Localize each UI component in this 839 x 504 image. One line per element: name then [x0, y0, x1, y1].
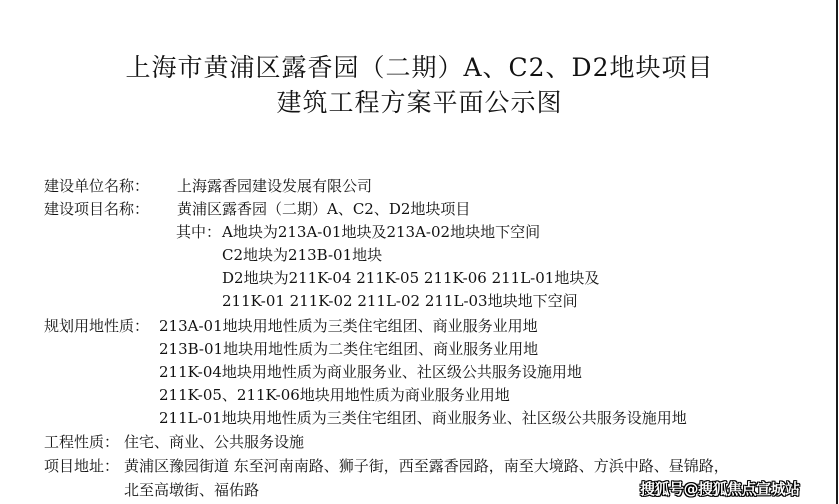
land-use-item: 213B-01地块用地性质为二类住宅组团、商业服务业用地 — [159, 339, 538, 359]
land-use-item: 213A-01地块用地性质为三类住宅组团、商业服务业用地 — [159, 316, 538, 336]
project-detail-label: 其中： — [176, 222, 221, 242]
project-detail-item: D2地块为211K-04 211K-05 211K-06 211L-01地块及 — [222, 268, 599, 288]
document-title-line-1: 上海市黄浦区露香园（二期）A、C2、D2地块项目 — [0, 53, 839, 83]
address-line: 黄浦区豫园街道 东至河南南路、狮子街，西至露香园路，南至大境路、方浜中路、昼锦路… — [124, 456, 729, 476]
source-watermark: 搜狐号@搜狐焦点宣城站 — [640, 478, 800, 499]
builder-value: 上海露香园建设发展有限公司 — [177, 176, 372, 196]
project-detail-item: A地块为213A-01地块及213A-02地块地下空间 — [222, 222, 540, 242]
document-title-line-2: 建筑工程方案平面公示图 — [0, 88, 839, 118]
nature-label: 工程性质： — [44, 432, 119, 452]
project-detail-item: 211K-01 211K-02 211L-02 211L-03地块地下空间 — [222, 291, 578, 311]
land-use-label: 规划用地性质： — [44, 316, 149, 336]
address-line: 北至高墩街、福佑路 — [124, 480, 259, 500]
land-use-item: 211K-04地块用地性质为商业服务业、社区级公共服务设施用地 — [159, 362, 582, 382]
project-detail-item: C2地块为213B-01地块 — [222, 245, 382, 265]
land-use-item: 211L-01地块用地性质为三类住宅组团、商业服务业、社区级公共服务设施用地 — [159, 408, 687, 428]
notice-document: 上海市黄浦区露香园（二期）A、C2、D2地块项目 建筑工程方案平面公示图 建设单… — [0, 0, 839, 504]
project-label: 建设项目名称： — [44, 199, 149, 219]
project-value: 黄浦区露香园（二期）A、C2、D2地块项目 — [177, 199, 470, 219]
address-label: 项目地址： — [44, 456, 119, 476]
land-use-item: 211K-05、211K-06地块用地性质为商业服务业用地 — [159, 385, 510, 405]
builder-label: 建设单位名称： — [44, 176, 149, 196]
page-border-right — [836, 0, 838, 504]
nature-value: 住宅、商业、公共服务设施 — [124, 432, 304, 452]
